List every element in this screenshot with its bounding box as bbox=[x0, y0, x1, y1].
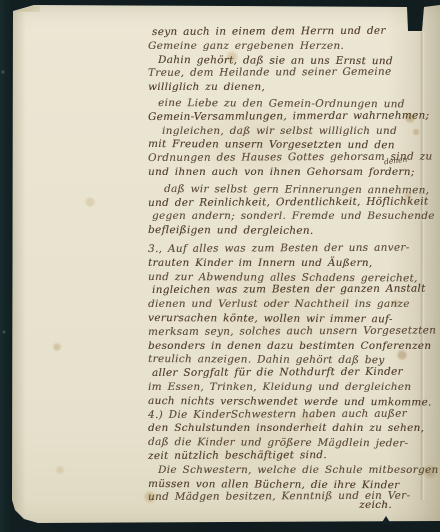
manuscript-line: zeit nützlich beschäftiget sind. bbox=[148, 448, 436, 463]
manuscript-line: Treue, dem Heilande und seiner Gemeine bbox=[148, 66, 436, 81]
manuscript-line: befleißigen und dergleichen. bbox=[148, 224, 436, 239]
manuscript-line: seyn auch in einem dem Herrn und der bbox=[152, 25, 436, 40]
manuscript-line: gegen andern; sonderl. Fremde und Besuch… bbox=[152, 210, 436, 224]
manuscript-line: den Schulstunden insonderheit dahin zu s… bbox=[148, 422, 436, 436]
manuscript-line: 4.) Die KinderSchwestern haben auch auße… bbox=[148, 407, 436, 422]
manuscript-page: seyn auch in einem dem Herrn und derGeme… bbox=[0, 0, 440, 532]
manuscript-line: aller Sorgfalt für die Nothdurft der Kin… bbox=[152, 366, 436, 381]
catchword: zeich. bbox=[359, 499, 392, 511]
manuscript-line: im Essen, Trinken, Kleidung und dergleic… bbox=[148, 381, 436, 395]
manuscript-line: ingleichen, daß wir selbst williglich un… bbox=[162, 125, 436, 139]
manuscript-line: und der Reinlichkeit, Ordentlichkeit, Hö… bbox=[148, 195, 436, 210]
manuscript-line: und Mädgen besitzen, Kenntniß und ein Ve… bbox=[148, 490, 436, 505]
manuscript-line: besonders in denen dazu bestimten Confer… bbox=[148, 340, 436, 354]
manuscript-line: dienen und Verlust oder Nachtheil ins ga… bbox=[148, 298, 436, 312]
manuscript-line: Gemeine ganz ergebenen Herzen. bbox=[148, 40, 436, 54]
scan-background: seyn auch in einem dem Herrn und derGeme… bbox=[0, 0, 440, 532]
manuscript-line: merksam seyn, solches auch unsern Vorges… bbox=[148, 324, 436, 339]
corner-fold bbox=[14, 4, 40, 12]
manuscript-line: trauten Kinder im Innern und Äußern, bbox=[148, 257, 436, 271]
manuscript-line: Die Schwestern, welche die Schule mitbes… bbox=[158, 464, 436, 478]
manuscript-line: williglich zu dienen, bbox=[148, 81, 436, 95]
manuscript-line: Gemein-Versammlungen, immerdar wahrnehme… bbox=[148, 109, 436, 124]
text-block: seyn auch in einem dem Herrn und derGeme… bbox=[148, 26, 436, 505]
manuscript-line: 3., Auf alles was zum Besten der uns anv… bbox=[148, 241, 436, 256]
manuscript-line: ingleichen was zum Besten der ganzen Ans… bbox=[152, 283, 436, 298]
manuscript-line: und ihnen auch von ihnen Gehorsam forder… bbox=[148, 166, 436, 180]
